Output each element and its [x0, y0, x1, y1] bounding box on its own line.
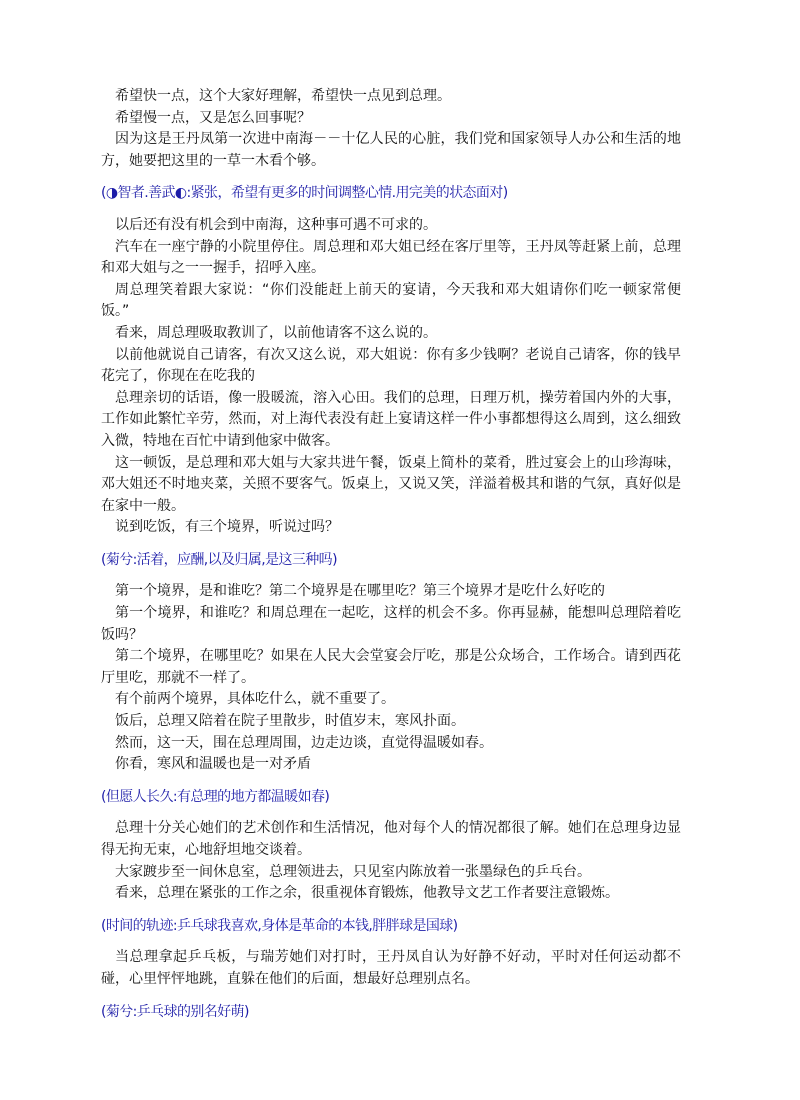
paragraph: 总理亲切的话语，像一股暖流，溶入心田。我们的总理，日理万机，操劳着国内外的大事，…: [101, 388, 681, 453]
paragraph: 汽车在一座宁静的小院里停住。周总理和邓大姐已经在客厅里等，王丹凤等赶紧上前，总理…: [101, 237, 681, 280]
document-page: 希望快一点，这个大家好理解，希望快一点见到总理。 希望慢一点，又是怎么回事呢？ …: [101, 86, 681, 1033]
reader-comment: (时间的轨迹:乒乓球我喜欢,身体是革命的本钱,胖胖球是国球): [101, 916, 681, 938]
paragraph: 说到吃饭，有三个境界，听说过吗？: [101, 517, 681, 539]
paragraph: 大家踱步至一间休息室，总理领进去，只见室内陈放着一张墨绿色的乒乓台。: [101, 862, 681, 884]
paragraph: 以后还有没有机会到中南海，这种事可遇不可求的。: [101, 215, 681, 237]
paragraph: 因为这是王丹凤第一次进中南海－－十亿人民的心脏，我们党和国家领导人办公和生活的地…: [101, 129, 681, 172]
paragraph: 希望快一点，这个大家好理解，希望快一点见到总理。: [101, 86, 681, 108]
reader-comment: (◑智者.善武◐:紧张，希望有更多的时间调整心情.用完美的状态面对): [101, 183, 681, 205]
paragraph: 这一顿饭，是总理和邓大姐与大家共进午餐，饭桌上简朴的菜肴，胜过宴会上的山珍海味，…: [101, 453, 681, 518]
paragraph: 有个前两个境界，具体吃什么，就不重要了。: [101, 689, 681, 711]
paragraph: 以前他就说自己请客，有次又这么说，邓大姐说：你有多少钱啊？老说自己请客，你的钱早…: [101, 345, 681, 388]
reader-comment: (但愿人长久:有总理的地方都温暖如春): [101, 787, 681, 809]
paragraph: 饭后，总理又陪着在院子里散步，时值岁末，寒风扑面。: [101, 711, 681, 733]
paragraph: 看来，周总理吸取教训了，以前他请客不这么说的。: [101, 323, 681, 345]
paragraph: 总理十分关心她们的艺术创作和生活情况，他对每个人的情况都很了解。她们在总理身边显…: [101, 818, 681, 861]
paragraph: 周总理笑着跟大家说：“你们没能赶上前天的宴请，今天我和邓大姐请你们吃一顿家常便饭…: [101, 280, 681, 323]
paragraph: 然而，这一天，围在总理周围，边走边谈，直觉得温暖如春。: [101, 733, 681, 755]
paragraph: 第一个境界，和谁吃？和周总理在一起吃，这样的机会不多。你再显赫，能想叫总理陪着吃…: [101, 603, 681, 646]
paragraph: 希望慢一点，又是怎么回事呢？: [101, 108, 681, 130]
paragraph: 你看，寒风和温暖也是一对矛盾: [101, 754, 681, 776]
paragraph: 看来，总理在紧张的工作之余，很重视体育锻炼，他教导文艺工作者要注意锻炼。: [101, 883, 681, 905]
paragraph: 当总理拿起乒乓板，与瑞芳她们对打时，王丹凤自认为好静不好动，平时对任何运动都不碰…: [101, 947, 681, 990]
reader-comment: (菊兮:活着，应酬,以及归属,是这三种吗): [101, 550, 681, 572]
paragraph: 第二个境界，在哪里吃？如果在人民大会堂宴会厅吃，那是公众场合，工作场合。请到西花…: [101, 646, 681, 689]
paragraph: 第一个境界，是和谁吃？第二个境界是在哪里吃？第三个境界才是吃什么好吃的: [101, 581, 681, 603]
reader-comment: (菊兮:乒乓球的别名好萌): [101, 1002, 681, 1024]
